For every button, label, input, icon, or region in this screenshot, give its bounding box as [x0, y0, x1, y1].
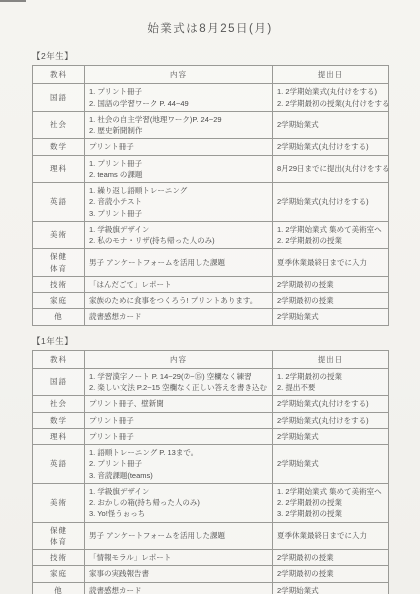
subject-cell: 英語: [33, 445, 85, 484]
content-cell: 読書感想カード: [85, 309, 273, 325]
table-header-row: 教科 内容 提出日: [33, 66, 389, 84]
content-cell: 1. 学習漢字ノート P. 14~29(⑦~⑮) 空欄なく練習2. 楽しい文法 …: [85, 368, 273, 396]
content-line: 男子 アンケートフォームを活用した課題: [89, 530, 268, 541]
content-line: 2. 音読小テスト: [89, 196, 268, 207]
due-line: 2学期最初の授業: [277, 279, 384, 290]
content-line: 1. 学級旗デザイン: [89, 224, 268, 235]
table-row: 保健 体育男子 アンケートフォームを活用した課題夏季休業最終日までに入力: [33, 249, 389, 277]
due-line: 3. 2学期最初の授業: [277, 508, 384, 519]
due-cell: 2学期始業式(丸付けをする): [273, 183, 389, 222]
due-cell: 2学期最初の授業: [273, 276, 389, 292]
due-cell: 2学期始業式: [273, 582, 389, 594]
content-line: 2. おかしの箱(持ち帰った人のみ): [89, 497, 268, 508]
due-line: 夏季休業最終日までに入力: [277, 530, 384, 541]
subject-cell: 国語: [33, 84, 85, 112]
due-cell: 2学期最初の授業: [273, 550, 389, 566]
content-cell: 1. 繰り返し語順トレーニング2. 音読小テスト3. プリント冊子: [85, 183, 273, 222]
due-line: 2学期最初の授業: [277, 552, 384, 563]
due-cell: 1. 2学期最初の授業2. 提出不要: [273, 368, 389, 396]
table-row: 家庭家事の実践報告書2学期最初の授業: [33, 566, 389, 582]
subject-cell: 美術: [33, 483, 85, 522]
content-line: 2. プリント冊子: [89, 458, 268, 469]
table-row: 他読書感想カード2学期始業式: [33, 582, 389, 594]
column-header-content: 内容: [85, 350, 273, 368]
content-line: 2. 楽しい文法 P.2~15 空欄なく正しい答えを書き込む: [89, 382, 268, 393]
content-line: 3. プリント冊子: [89, 208, 268, 219]
due-cell: 2学期始業式(丸付けをする): [273, 396, 389, 412]
content-line: 1. 学習漢字ノート P. 14~29(⑦~⑮) 空欄なく練習: [89, 371, 268, 382]
content-line: 読書感想カード: [89, 585, 268, 594]
due-cell: 1. 2学期始業式(丸付けをする)2. 2学期最初の授業(丸付けをする): [273, 84, 389, 112]
due-cell: 8月29日までに提出(丸付けをする): [273, 155, 389, 183]
column-header-content: 内容: [85, 66, 273, 84]
content-line: 3. Yo!怪うぉっち: [89, 508, 268, 519]
due-line: 2学期始業式(丸付けをする): [277, 196, 384, 207]
page-title: 始業式は8月25日(月): [0, 20, 420, 36]
content-line: 1. 社会の自主学習(地理ワーク)P. 24~29: [89, 114, 268, 125]
table-row: 英語1. 繰り返し語順トレーニング2. 音読小テスト3. プリント冊子2学期始業…: [33, 183, 389, 222]
due-line: 夏季休業最終日までに入力: [277, 257, 384, 268]
content-cell: プリント冊子: [85, 428, 273, 444]
subject-cell: 理科: [33, 155, 85, 183]
grade-2-homework-table: 教科 内容 提出日 国語1. プリント冊子2. 国語の学習ワーク P. 44~4…: [32, 65, 389, 326]
content-line: 家族のために食事をつくろう! プリントあります。: [89, 295, 268, 306]
grade-2-section: 【2年生】 教科 内容 提出日 国語1. プリント冊子2. 国語の学習ワーク P…: [32, 50, 388, 326]
table-row: 保健 体育男子 アンケートフォームを活用した課題夏季休業最終日までに入力: [33, 522, 389, 550]
due-cell: 2学期最初の授業: [273, 293, 389, 309]
content-cell: プリント冊子: [85, 412, 273, 428]
due-line: 2. 2学期最初の授業: [277, 497, 384, 508]
due-line: 2学期始業式(丸付けをする): [277, 398, 384, 409]
table-row: 技術「情報モラル」レポート2学期最初の授業: [33, 550, 389, 566]
subject-cell: 家庭: [33, 566, 85, 582]
due-line: 2. 提出不要: [277, 382, 384, 393]
content-line: 読書感想カード: [89, 311, 268, 322]
content-line: 1. プリント冊子: [89, 86, 268, 97]
table-row: 社会1. 社会の自主学習(地理ワーク)P. 24~292. 歴史新聞制作2学期始…: [33, 111, 389, 139]
table-row: 他読書感想カード2学期始業式: [33, 309, 389, 325]
due-line: 2学期始業式: [277, 311, 384, 322]
content-line: 家事の実践報告書: [89, 568, 268, 579]
due-cell: 夏季休業最終日までに入力: [273, 522, 389, 550]
content-line: プリント冊子: [89, 415, 268, 426]
due-line: 1. 2学期始業式(丸付けをする): [277, 86, 384, 97]
due-line: 2学期最初の授業: [277, 295, 384, 306]
subject-cell: 数学: [33, 412, 85, 428]
due-line: 1. 2学期始業式 集めて美術室へ: [277, 224, 384, 235]
content-cell: 家事の実践報告書: [85, 566, 273, 582]
subject-cell: 社会: [33, 111, 85, 139]
content-cell: 男子 アンケートフォームを活用した課題: [85, 249, 273, 277]
content-line: 1. 学級旗デザイン: [89, 486, 268, 497]
content-cell: プリント冊子、壁新聞: [85, 396, 273, 412]
content-line: 1. 繰り返し語順トレーニング: [89, 185, 268, 196]
content-line: 2. 歴史新聞制作: [89, 125, 268, 136]
subject-cell: 他: [33, 309, 85, 325]
due-line: 1. 2学期最初の授業: [277, 371, 384, 382]
due-cell: 2学期始業式(丸付けをする): [273, 139, 389, 155]
table-row: 理科1. プリント冊子2. teams の課題8月29日までに提出(丸付けをする…: [33, 155, 389, 183]
content-line: プリント冊子: [89, 431, 268, 442]
due-line: 2. 2学期最初の授業(丸付けをする): [277, 98, 384, 109]
subject-cell: 保健 体育: [33, 249, 85, 277]
subject-cell: 技術: [33, 276, 85, 292]
content-cell: 1. 学級旗デザイン2. おかしの箱(持ち帰った人のみ)3. Yo!怪うぉっち: [85, 483, 273, 522]
content-cell: 「情報モラル」レポート: [85, 550, 273, 566]
subject-cell: 保健 体育: [33, 522, 85, 550]
table-row: 数学プリント冊子2学期始業式(丸付けをする): [33, 412, 389, 428]
grade-1-homework-table: 教科 内容 提出日 国語1. 学習漢字ノート P. 14~29(⑦~⑮) 空欄な…: [32, 350, 389, 594]
due-line: 2学期始業式(丸付けをする): [277, 415, 384, 426]
due-cell: 2学期始業式: [273, 428, 389, 444]
due-cell: 1. 2学期始業式 集めて美術室へ2. 2学期最初の授業3. 2学期最初の授業: [273, 483, 389, 522]
due-line: 2学期始業式: [277, 119, 384, 130]
content-line: 3. 音読課題(teams): [89, 470, 268, 481]
subject-cell: 数学: [33, 139, 85, 155]
due-line: 2学期始業式: [277, 431, 384, 442]
grade-1-label: 【1年生】: [32, 335, 388, 347]
content-line: 「はんだごて」レポート: [89, 279, 268, 290]
content-line: 1. プリント冊子: [89, 158, 268, 169]
subject-cell: 理科: [33, 428, 85, 444]
content-line: 1. 語順トレーニング P. 13まで。: [89, 447, 268, 458]
table-row: 国語1. プリント冊子2. 国語の学習ワーク P. 44~491. 2学期始業式…: [33, 84, 389, 112]
table-row: 国語1. 学習漢字ノート P. 14~29(⑦~⑮) 空欄なく練習2. 楽しい文…: [33, 368, 389, 396]
due-cell: 2学期始業式: [273, 111, 389, 139]
table-row: 理科プリント冊子2学期始業式: [33, 428, 389, 444]
content-cell: 1. 社会の自主学習(地理ワーク)P. 24~292. 歴史新聞制作: [85, 111, 273, 139]
content-cell: 「はんだごて」レポート: [85, 276, 273, 292]
content-line: 男子 アンケートフォームを活用した課題: [89, 257, 268, 268]
due-cell: 2学期始業式: [273, 445, 389, 484]
content-cell: 1. 語順トレーニング P. 13まで。2. プリント冊子3. 音読課題(tea…: [85, 445, 273, 484]
content-line: プリント冊子: [89, 141, 268, 152]
table-row: 美術1. 学級旗デザイン2. おかしの箱(持ち帰った人のみ)3. Yo!怪うぉっ…: [33, 483, 389, 522]
content-cell: 読書感想カード: [85, 582, 273, 594]
due-line: 2学期始業式: [277, 458, 384, 469]
content-line: 2. 私のモナ・リザ(持ち帰った人のみ): [89, 235, 268, 246]
column-header-due: 提出日: [273, 350, 389, 368]
table-row: 社会プリント冊子、壁新聞2学期始業式(丸付けをする): [33, 396, 389, 412]
column-header-subject: 教科: [33, 66, 85, 84]
table-row: 美術1. 学級旗デザイン2. 私のモナ・リザ(持ち帰った人のみ)1. 2学期始業…: [33, 221, 389, 249]
content-cell: 家族のために食事をつくろう! プリントあります。: [85, 293, 273, 309]
scan-artifact: [0, 0, 26, 2]
due-line: 2学期最初の授業: [277, 568, 384, 579]
grade-2-label: 【2年生】: [32, 50, 388, 62]
due-line: 1. 2学期始業式 集めて美術室へ: [277, 486, 384, 497]
content-cell: 男子 アンケートフォームを活用した課題: [85, 522, 273, 550]
table-row: 英語1. 語順トレーニング P. 13まで。2. プリント冊子3. 音読課題(t…: [33, 445, 389, 484]
subject-cell: 英語: [33, 183, 85, 222]
grade-1-section: 【1年生】 教科 内容 提出日 国語1. 学習漢字ノート P. 14~29(⑦~…: [32, 335, 388, 594]
due-cell: 1. 2学期始業式 集めて美術室へ2. 2学期最初の授業: [273, 221, 389, 249]
content-line: プリント冊子、壁新聞: [89, 398, 268, 409]
content-cell: プリント冊子: [85, 139, 273, 155]
due-line: 2学期始業式(丸付けをする): [277, 141, 384, 152]
content-line: 2. 国語の学習ワーク P. 44~49: [89, 98, 268, 109]
content-line: 「情報モラル」レポート: [89, 552, 268, 563]
due-cell: 夏季休業最終日までに入力: [273, 249, 389, 277]
due-cell: 2学期始業式(丸付けをする): [273, 412, 389, 428]
due-cell: 2学期最初の授業: [273, 566, 389, 582]
due-line: 8月29日までに提出(丸付けをする): [277, 163, 384, 174]
subject-cell: 他: [33, 582, 85, 594]
subject-cell: 技術: [33, 550, 85, 566]
content-cell: 1. プリント冊子2. teams の課題: [85, 155, 273, 183]
content-line: 2. teams の課題: [89, 169, 268, 180]
content-cell: 1. プリント冊子2. 国語の学習ワーク P. 44~49: [85, 84, 273, 112]
content-cell: 1. 学級旗デザイン2. 私のモナ・リザ(持ち帰った人のみ): [85, 221, 273, 249]
table-row: 技術「はんだごて」レポート2学期最初の授業: [33, 276, 389, 292]
scanned-document-page: 始業式は8月25日(月) 【2年生】 教科 内容 提出日 国語1. プリント冊子…: [0, 0, 420, 594]
subject-cell: 社会: [33, 396, 85, 412]
subject-cell: 国語: [33, 368, 85, 396]
column-header-due: 提出日: [273, 66, 389, 84]
due-cell: 2学期始業式: [273, 309, 389, 325]
subject-cell: 家庭: [33, 293, 85, 309]
due-line: 2学期始業式: [277, 585, 384, 594]
column-header-subject: 教科: [33, 350, 85, 368]
due-line: 2. 2学期最初の授業: [277, 235, 384, 246]
table-row: 数学プリント冊子2学期始業式(丸付けをする): [33, 139, 389, 155]
table-row: 家庭家族のために食事をつくろう! プリントあります。2学期最初の授業: [33, 293, 389, 309]
table-header-row: 教科 内容 提出日: [33, 350, 389, 368]
subject-cell: 美術: [33, 221, 85, 249]
